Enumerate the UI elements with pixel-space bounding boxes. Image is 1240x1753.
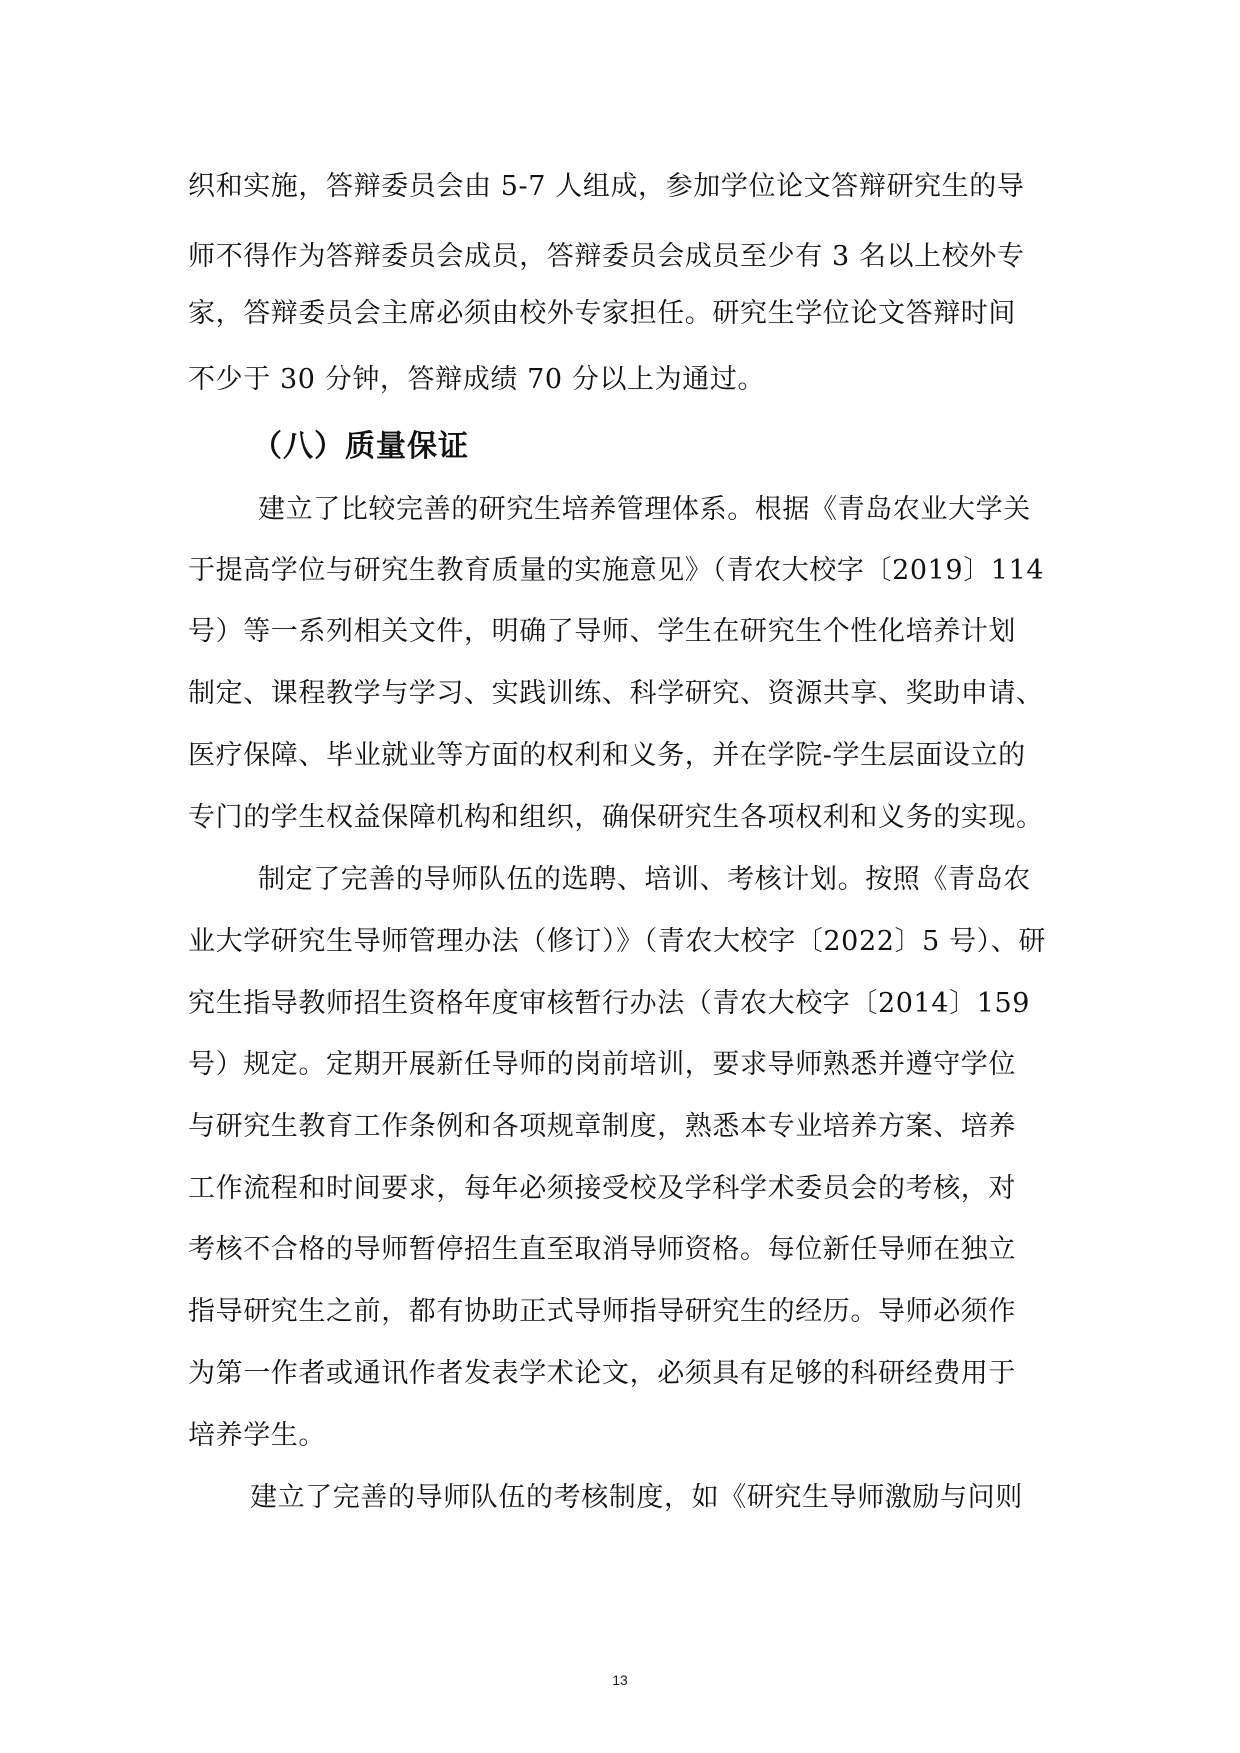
text-line: 医疗保障、毕业就业等方面的权利和义务，并在学院-学生层面设立的 — [188, 738, 1068, 774]
section-heading: （八）质量保证 — [252, 427, 469, 467]
text-line: 建立了完善的导师队伍的考核制度，如《研究生导师激励与问则 — [250, 1480, 1060, 1516]
text-line: 指导研究生之前，都有协助正式导师指导研究生的经历。导师必须作 — [188, 1294, 1068, 1330]
text-line: 于提高学位与研究生教育质量的实施意见》（青农大校字〔2019〕114 — [188, 553, 1068, 589]
text-line: 为第一作者或通讯作者发表学术论文，必须具有足够的科研经费用于 — [188, 1356, 1068, 1392]
text-line: 家，答辩委员会主席必须由校外专家担任。研究生学位论文答辩时间 — [188, 296, 1068, 332]
text-line: 业大学研究生导师管理办法（修订）》（青农大校字〔2022〕5 号）、研 — [188, 924, 1068, 960]
text-line: 号）规定。定期开展新任导师的岗前培训，要求导师熟悉并遵守学位 — [188, 1047, 1068, 1083]
text-line: 号）等一系列相关文件，明确了导师、学生在研究生个性化培养计划 — [188, 614, 1068, 650]
text-line: 工作流程和时间要求，每年必须接受校及学科学术委员会的考核，对 — [188, 1171, 1068, 1207]
text-line: 考核不合格的导师暂停招生直至取消导师资格。每位新任导师在独立 — [188, 1232, 1068, 1268]
text-line: 与研究生教育工作条例和各项规章制度，熟悉本专业培养方案、培养 — [188, 1109, 1068, 1145]
page-number: 13 — [0, 1672, 1240, 1688]
text-line: 培养学生。 — [188, 1418, 1068, 1454]
text-line: 制定了完善的导师队伍的选聘、培训、考核计划。按照《青岛农 — [258, 862, 1068, 898]
text-line: 师不得作为答辩委员会成员，答辩委员会成员至少有 3 名以上校外专 — [188, 239, 1068, 275]
text-line: 究生指导教师招生资格年度审核暂行办法（青农大校字〔2014〕159 — [188, 986, 1068, 1022]
text-line: 建立了比较完善的研究生培养管理体系。根据《青岛农业大学关 — [258, 492, 1068, 528]
text-line: 制定、课程教学与学习、实践训练、科学研究、资源共享、奖助申请、 — [188, 676, 1068, 712]
text-line: 不少于 30 分钟，答辩成绩 70 分以上为通过。 — [188, 362, 1068, 398]
text-line: 专门的学生权益保障机构和组织，确保研究生各项权利和义务的实现。 — [188, 800, 1068, 836]
text-line: 织和实施，答辩委员会由 5-7 人组成，参加学位论文答辩研究生的导 — [188, 169, 1068, 205]
